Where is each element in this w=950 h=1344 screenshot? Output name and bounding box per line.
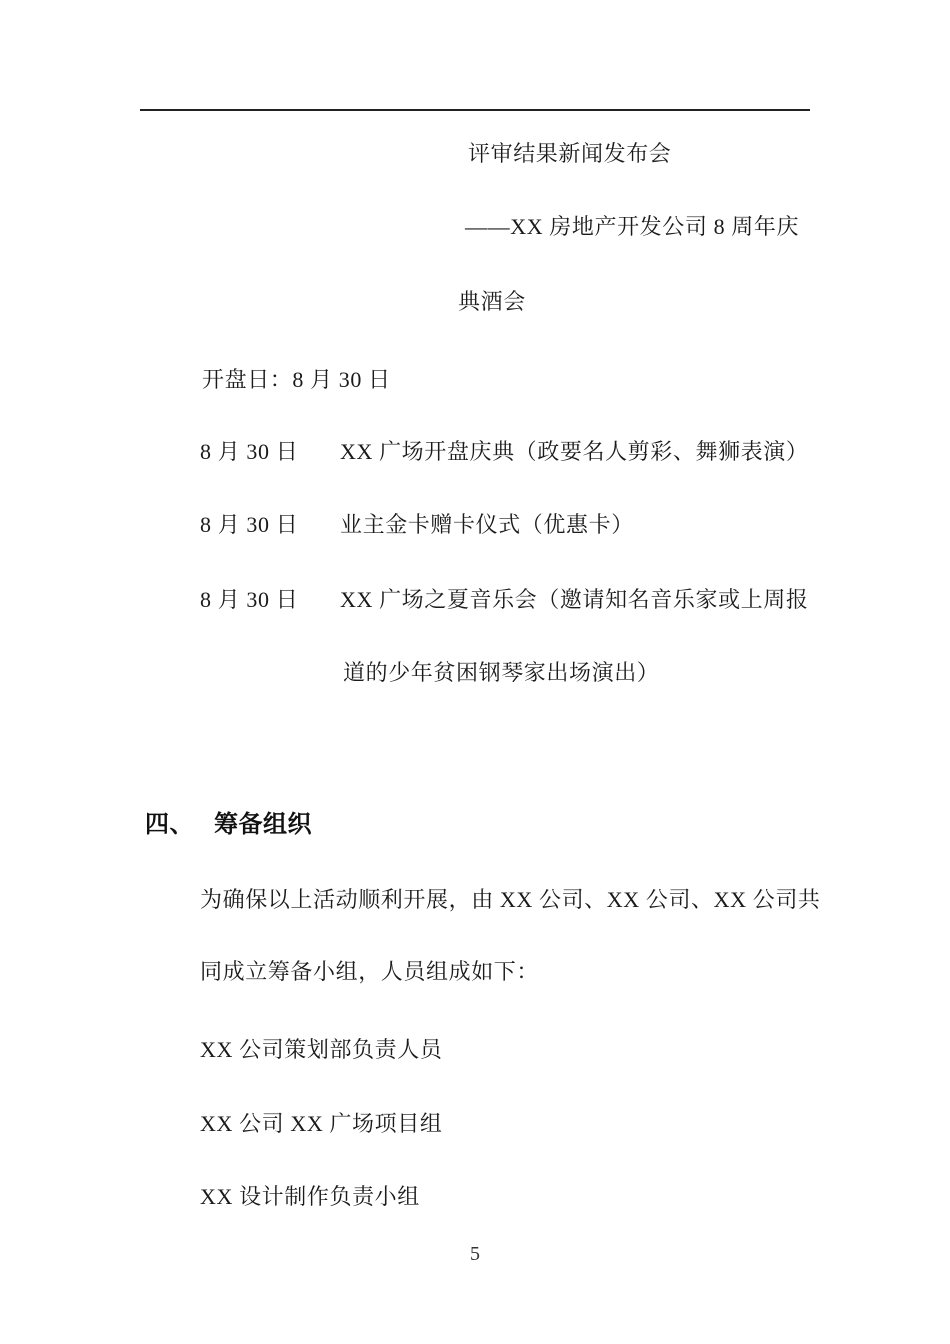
section-heading-number: 四、 (145, 811, 194, 838)
title-line-2: ——XX 房地产开发公司 8 周年庆 (465, 213, 799, 241)
schedule-item-2-event: 业主金卡赠卡仪式（优惠卡） (340, 511, 634, 539)
section-heading: 四、筹备组织 (145, 810, 312, 840)
document-page: 评审结果新闻发布会 ——XX 房地产开发公司 8 周年庆 典酒会 开盘日：8 月… (0, 0, 950, 1344)
header-divider (140, 109, 810, 111)
section-body-line-1: 为确保以上活动顺利开展，由 XX 公司、XX 公司、XX 公司共 (200, 886, 821, 914)
title-line-3: 典酒会 (458, 288, 526, 316)
schedule-item-2-date: 8 月 30 日 (200, 511, 298, 539)
schedule-item-1-date: 8 月 30 日 (200, 438, 298, 466)
section-body-line-2: 同成立筹备小组，人员组成如下： (200, 958, 539, 986)
page-number: 5 (0, 1243, 950, 1266)
schedule-item-3-event-continued: 道的少年贫困钢琴家出场演出） (343, 659, 659, 687)
section-heading-title: 筹备组织 (214, 811, 312, 838)
member-line-2: XX 公司 XX 广场项目组 (200, 1110, 442, 1138)
schedule-item-3-event: XX 广场之夏音乐会（邀请知名音乐家或上周报 (340, 586, 808, 614)
title-line-1: 评审结果新闻发布会 (468, 140, 671, 168)
member-line-1: XX 公司策划部负责人员 (200, 1036, 442, 1064)
schedule-item-1-event: XX 广场开盘庆典（政要名人剪彩、舞狮表演） (340, 438, 808, 466)
schedule-item-3-date: 8 月 30 日 (200, 586, 298, 614)
member-line-3: XX 设计制作负责小组 (200, 1183, 420, 1211)
opening-day-line: 开盘日：8 月 30 日 (202, 366, 391, 394)
